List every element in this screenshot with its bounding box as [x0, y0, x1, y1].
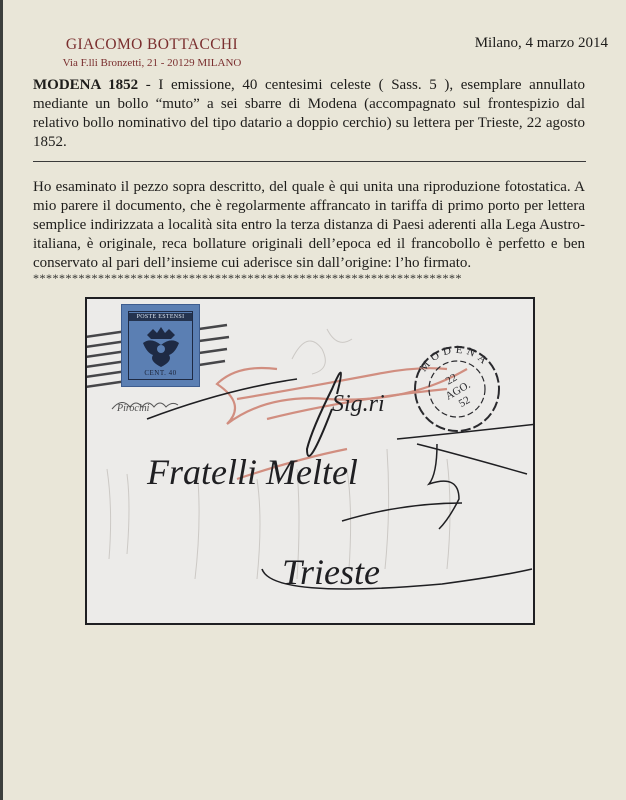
opinion-paragraph: Ho esaminato il pezzo sopra descritto, d…: [33, 178, 585, 273]
postage-stamp: POSTE ESTENSI CENT. 40: [121, 304, 200, 387]
scan-edge: [0, 0, 3, 800]
company-address: Via F.lli Bronzetti, 21 - 20129 MILANO: [52, 56, 252, 70]
stamp-value-text: CENT. 40: [129, 369, 192, 378]
letterhead: GIACOMO BOTTACCHI Via F.lli Bronzetti, 2…: [52, 36, 252, 70]
stamp-top-text: POSTE ESTENSI: [129, 313, 192, 321]
cover-photo: Pirocini Sig.ri Fratelli Meltel Trieste …: [85, 297, 535, 625]
svg-text:MODENA: MODENA: [417, 344, 492, 374]
description-title: MODENA 1852: [33, 77, 138, 93]
place-date: Milano, 4 marzo 2014: [475, 35, 608, 52]
divider: [33, 161, 586, 162]
company-name: GIACOMO BOTTACCHI: [52, 36, 252, 54]
eagle-crown-emblem-icon: [139, 325, 184, 369]
asterisk-separator: ****************************************…: [33, 272, 462, 284]
description-paragraph: MODENA 1852 - I emissione, 40 centesimi …: [33, 76, 585, 152]
handwritten-note: Pirocini: [116, 403, 150, 414]
handwritten-salutation: Sig.ri: [332, 391, 385, 417]
handwritten-addressee: Fratelli Meltel: [146, 452, 358, 492]
